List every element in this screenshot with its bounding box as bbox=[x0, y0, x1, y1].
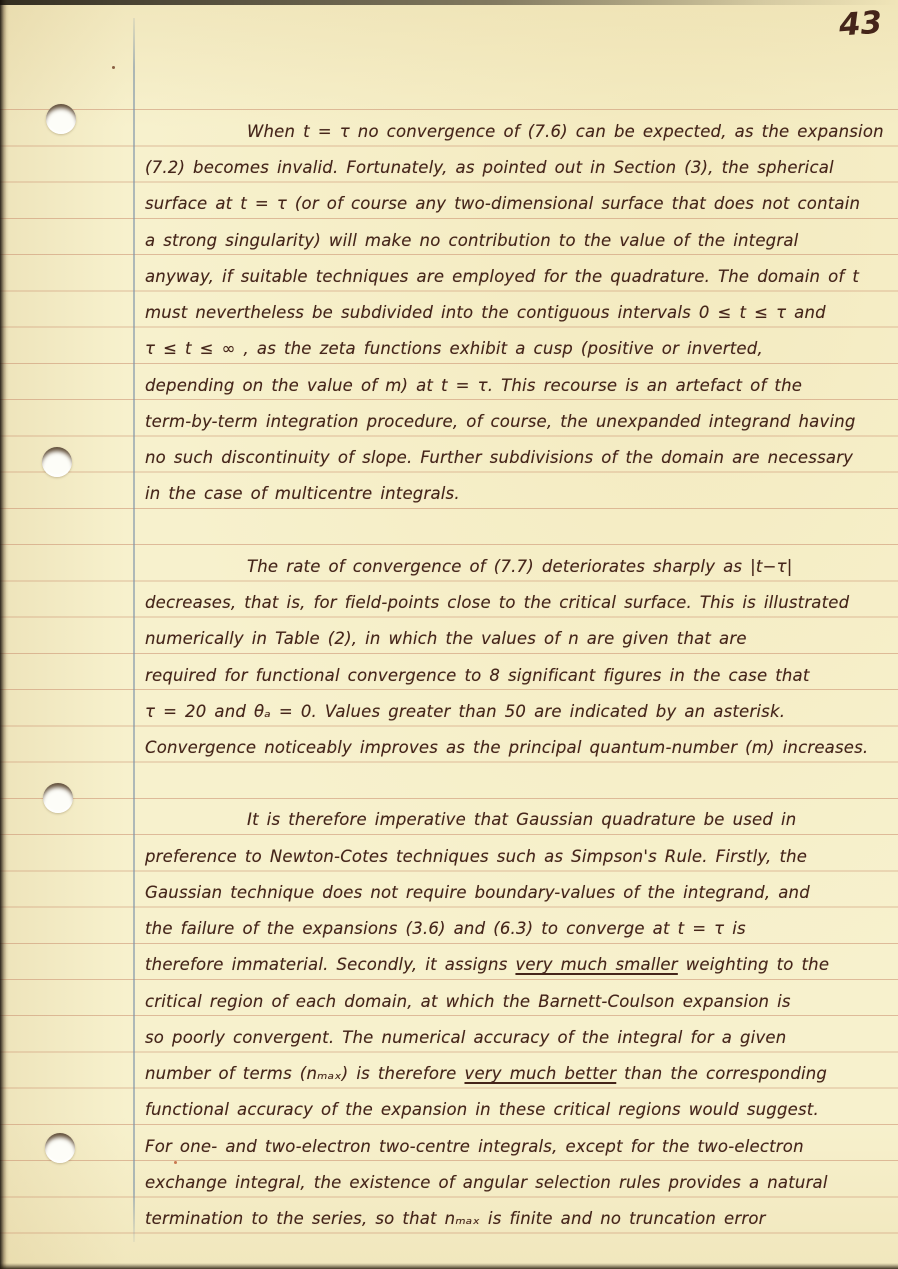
manuscript-line: therefore immaterial. Secondly, it assig… bbox=[145, 947, 893, 983]
manuscript-line: Convergence noticeably improves as the p… bbox=[145, 730, 893, 766]
manuscript-line: so poorly convergent. The numerical accu… bbox=[145, 1020, 893, 1056]
scan-edge-left bbox=[0, 0, 9, 1269]
manuscript-line: depending on the value of m) at t = τ. T… bbox=[145, 368, 893, 404]
paper-speck bbox=[112, 66, 115, 69]
manuscript-line: preference to Newton-Cotes techniques su… bbox=[145, 839, 893, 875]
scan-edge-bottom bbox=[0, 1263, 898, 1269]
manuscript-text: When t = τ no convergence of (7.6) can b… bbox=[145, 114, 893, 1237]
underlined-phrase: very much smaller bbox=[515, 955, 677, 974]
manuscript-line: decreases, that is, for field-points clo… bbox=[145, 585, 893, 621]
scan-edge-top bbox=[0, 0, 898, 5]
hole-punch bbox=[45, 1133, 75, 1163]
manuscript-line: The rate of convergence of (7.7) deterio… bbox=[145, 549, 893, 585]
manuscript-line: anyway, if suitable techniques are emplo… bbox=[145, 259, 893, 295]
manuscript-line: (7.2) becomes invalid. Fortunately, as p… bbox=[145, 150, 893, 186]
manuscript-line: surface at t = τ (or of course any two-d… bbox=[145, 186, 893, 222]
manuscript-line: a strong singularity) will make no contr… bbox=[145, 223, 893, 259]
manuscript-line: For one- and two-electron two-centre int… bbox=[145, 1129, 893, 1165]
blank-line bbox=[145, 513, 893, 549]
manuscript-line: Gaussian technique does not require boun… bbox=[145, 875, 893, 911]
manuscript-line: When t = τ no convergence of (7.6) can b… bbox=[145, 114, 893, 150]
manuscript-line: must nevertheless be subdivided into the… bbox=[145, 295, 893, 331]
manuscript-line: It is therefore imperative that Gaussian… bbox=[145, 802, 893, 838]
manuscript-line: numerically in Table (2), in which the v… bbox=[145, 621, 893, 657]
page-number: 43 bbox=[838, 5, 884, 44]
manuscript-line: required for functional convergence to 8… bbox=[145, 658, 893, 694]
blank-line bbox=[145, 766, 893, 802]
manuscript-line: term-by-term integration procedure, of c… bbox=[145, 404, 893, 440]
manuscript-line: termination to the series, so that nₘₐₓ … bbox=[145, 1201, 893, 1237]
manuscript-line: no such discontinuity of slope. Further … bbox=[145, 440, 893, 476]
manuscript-line: τ = 20 and θₐ = 0. Values greater than 5… bbox=[145, 694, 893, 730]
margin-line bbox=[133, 18, 135, 1242]
scanned-manuscript-page: 43 When t = τ no convergence of (7.6) ca… bbox=[0, 0, 898, 1269]
manuscript-line: in the case of multicentre integrals. bbox=[145, 476, 893, 512]
paper-speck bbox=[174, 1161, 177, 1164]
manuscript-line: the failure of the expansions (3.6) and … bbox=[145, 911, 893, 947]
underlined-phrase: very much better bbox=[464, 1064, 616, 1083]
manuscript-line: functional accuracy of the expansion in … bbox=[145, 1092, 893, 1128]
manuscript-line: critical region of each domain, at which… bbox=[145, 984, 893, 1020]
manuscript-line: number of terms (nₘₐₓ) is therefore very… bbox=[145, 1056, 893, 1092]
hole-punch bbox=[46, 104, 76, 134]
manuscript-line: exchange integral, the existence of angu… bbox=[145, 1165, 893, 1201]
manuscript-line: τ ≤ t ≤ ∞ , as the zeta functions exhibi… bbox=[145, 331, 893, 367]
hole-punch bbox=[42, 447, 72, 477]
hole-punch bbox=[43, 783, 73, 813]
